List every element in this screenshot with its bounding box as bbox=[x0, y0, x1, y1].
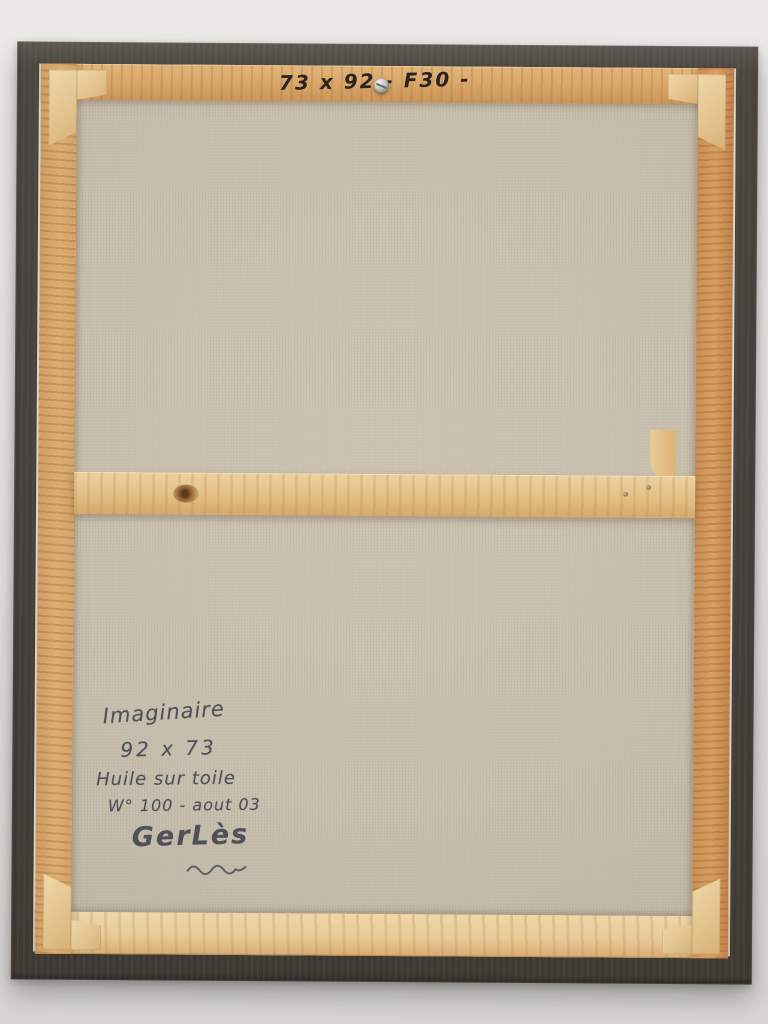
stretcher-and-canvas: 73 x 92 - F30 - Imaginaire 92 x 73 Huile… bbox=[35, 64, 734, 959]
crossbar-nail bbox=[623, 492, 628, 497]
signature-underline-flourish bbox=[185, 862, 247, 876]
stretcher-crossbar bbox=[74, 472, 695, 518]
inscription-medium: Huile sur toile bbox=[96, 768, 236, 790]
inscription-number-date: W° 100 - aout 03 bbox=[108, 795, 261, 816]
wood-knot bbox=[173, 485, 199, 503]
crossbar-nail bbox=[646, 485, 651, 490]
stretcher-key-wedge bbox=[650, 430, 676, 476]
stretcher-bar-left bbox=[35, 64, 77, 954]
stretcher-bar-bottom bbox=[35, 912, 728, 959]
stretcher-bar-right bbox=[692, 68, 734, 958]
artist-signature: GerLès bbox=[131, 819, 249, 853]
photo-back-of-framed-painting: 73 x 92 - F30 - Imaginaire 92 x 73 Huile… bbox=[0, 0, 768, 1024]
framed-canvas-back: 73 x 92 - F30 - Imaginaire 92 x 73 Huile… bbox=[11, 41, 759, 984]
metal-screw bbox=[374, 78, 389, 93]
inscription-dimensions: 92 x 73 bbox=[120, 735, 217, 762]
